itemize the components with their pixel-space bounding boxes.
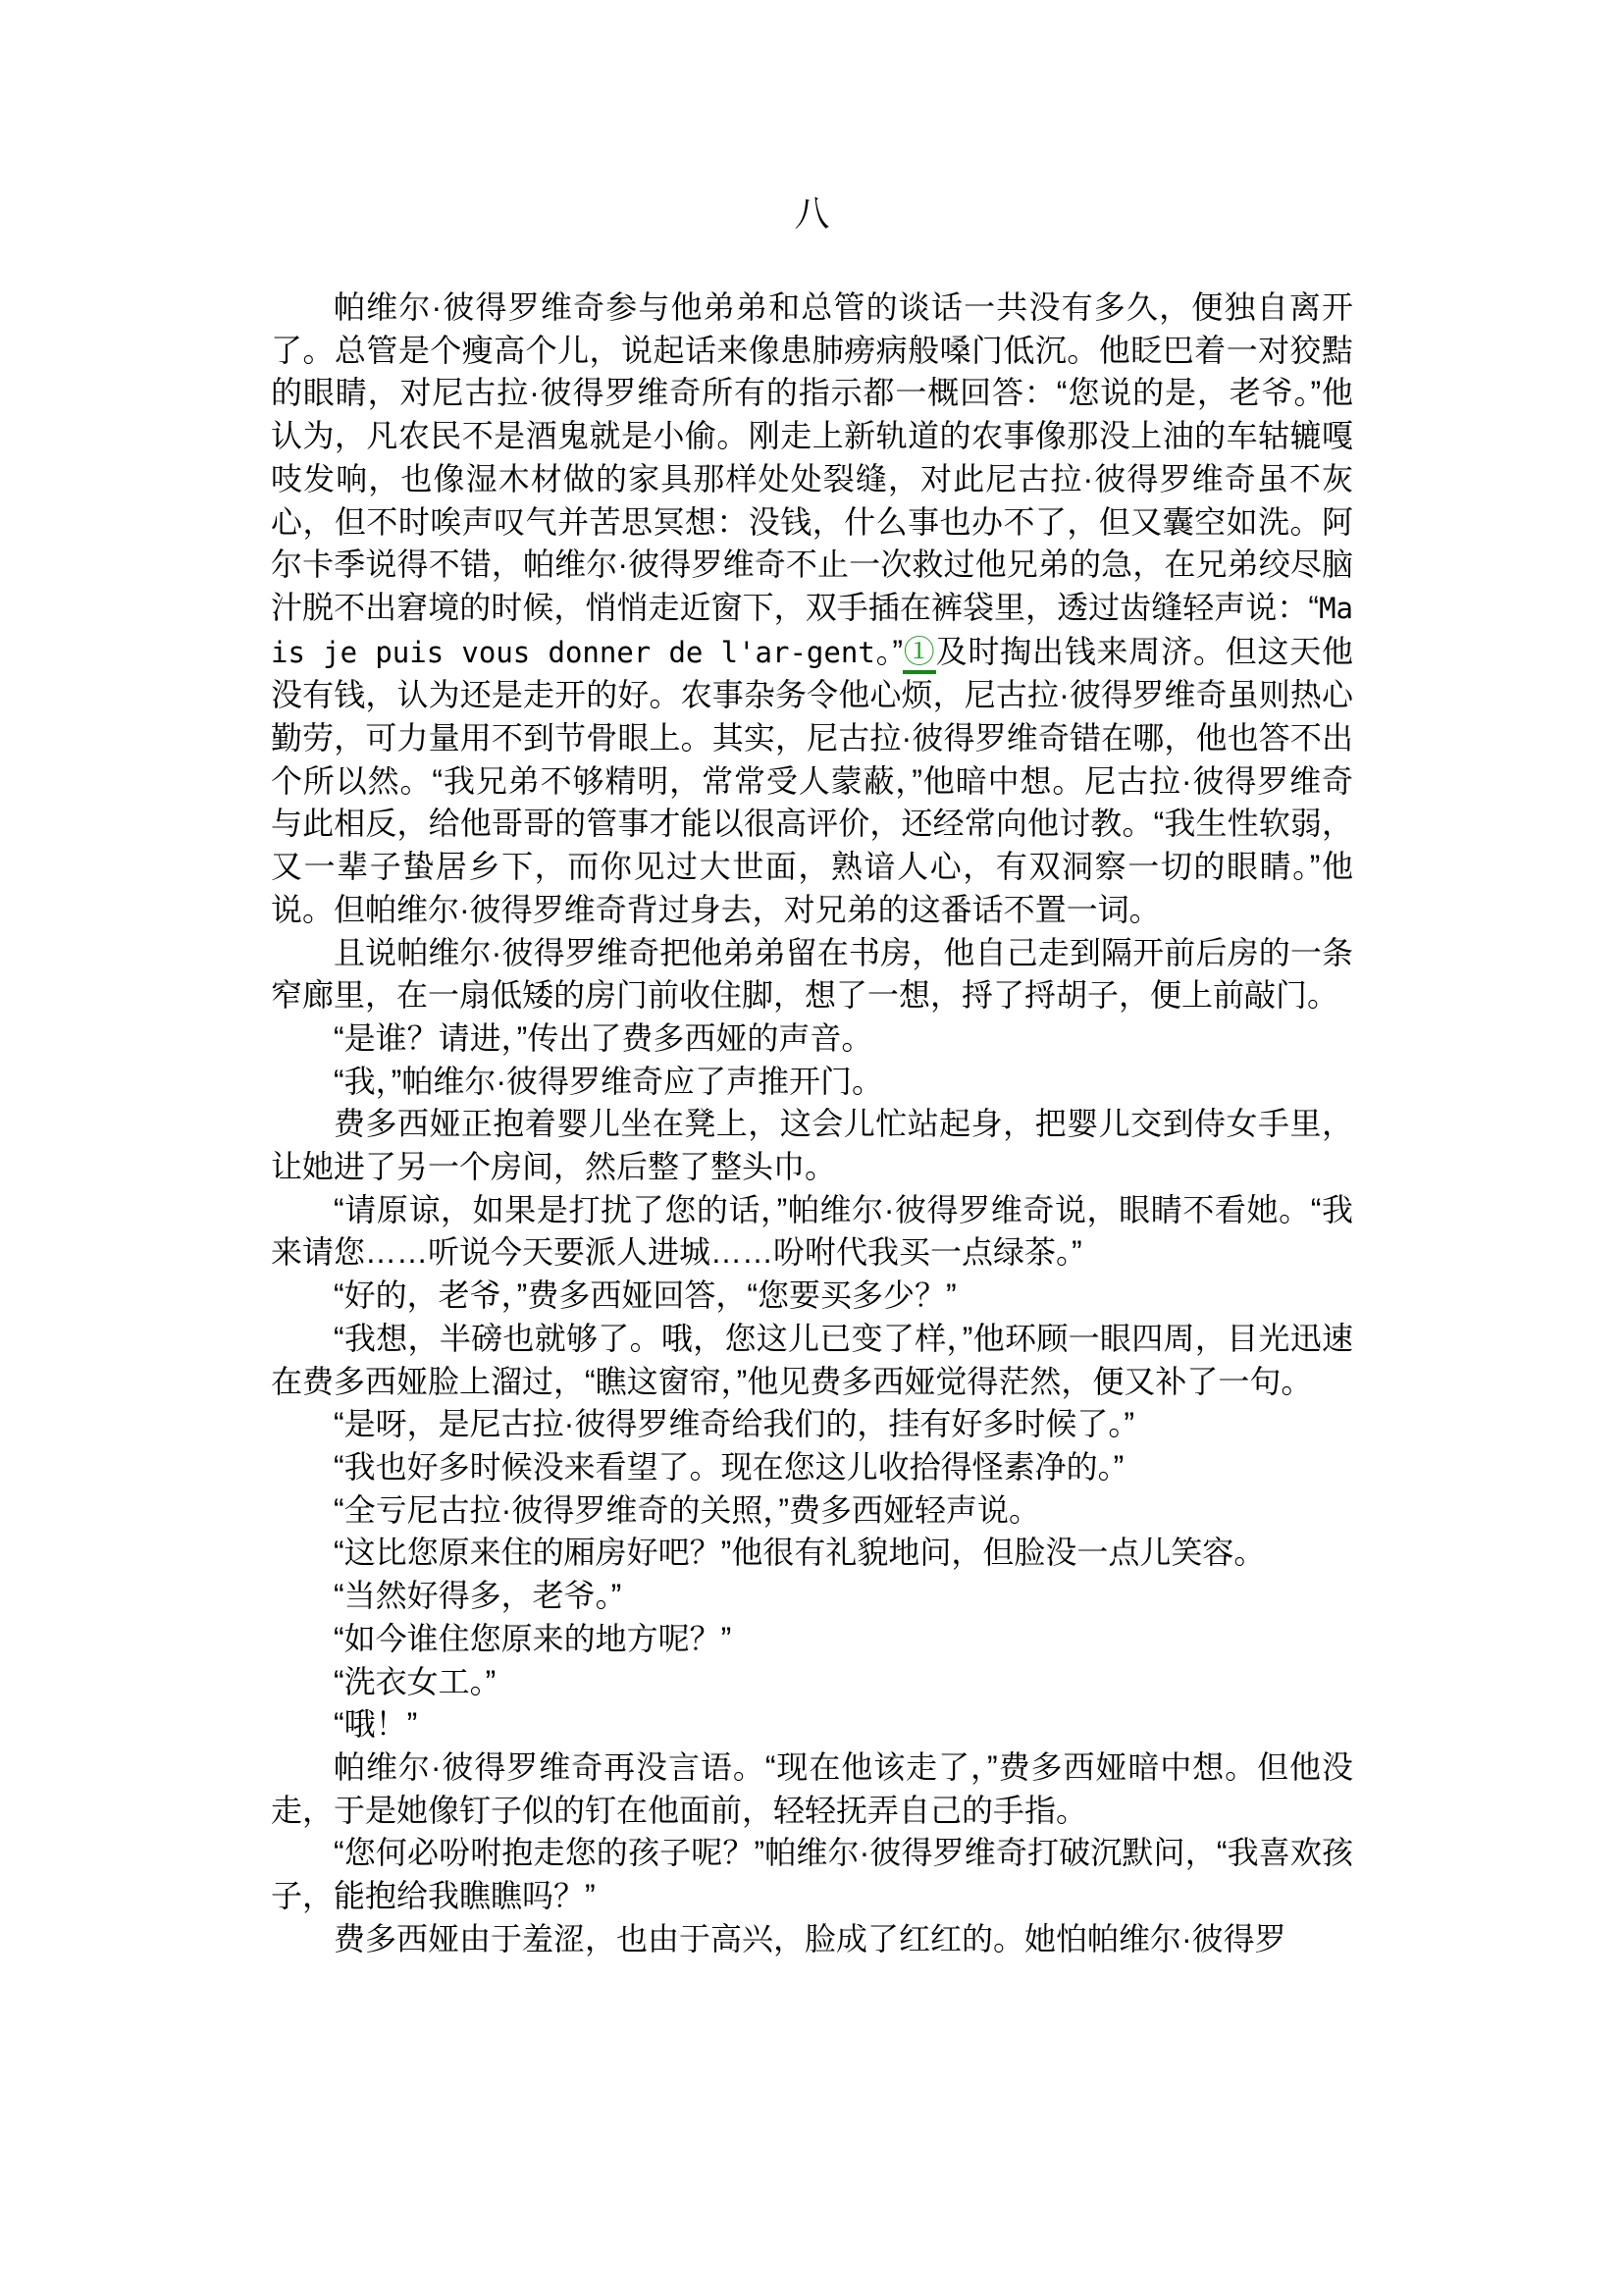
text-run: “是呀，是尼古拉·彼得罗维奇给我们的，挂有好多时候了。”	[334, 1406, 1134, 1441]
paragraph-12: “这比您原来住的厢房好吧？”他很有礼貌地问，但脸没一点儿笑容。	[271, 1532, 1353, 1575]
text-run: “是谁？请进，”传出了费多西娅的声音。	[334, 1020, 872, 1056]
text-run: 且说帕维尔·彼得罗维奇把他弟弟留在书房，他自己走到隔开前后房的一条窄廊里，在一扇…	[271, 935, 1353, 1014]
paragraph-17: 帕维尔·彼得罗维奇再没言语。“现在他该走了，”费多西娅暗中想。但他没走，于是她像…	[271, 1747, 1353, 1832]
paragraph-18: “您何必吩咐抱走您的孩子呢？”帕维尔·彼得罗维奇打破沉默问，“我喜欢孩子，能抱给…	[271, 1832, 1353, 1917]
paragraph-7: “好的，老爷，”费多西娅回答，“您要买多少？”	[271, 1275, 1353, 1318]
paragraph-6: “请原谅，如果是打扰了您的话，”帕维尔·彼得罗维奇说，眼睛不看她。“我来请您………	[271, 1189, 1353, 1275]
text-run: 帕维尔·彼得罗维奇再没言语。“现在他该走了，”费多西娅暗中想。但他没走，于是她像…	[271, 1749, 1353, 1828]
text-run: 及时掏出钱来周济。但这天他没有钱，认为还是走开的好。农事杂务令他心烦，尼古拉·彼…	[271, 634, 1353, 927]
text-run: “好的，老爷，”费多西娅回答，“您要买多少？”	[334, 1277, 957, 1313]
text-run: “如今谁住您原来的地方呢？”	[334, 1621, 731, 1656]
book-page: 八 帕维尔·彼得罗维奇参与他弟弟和总管的谈话一共没有多久，便独自离开了。总管是个…	[0, 0, 1624, 2294]
text-run: “哦！”	[334, 1706, 417, 1742]
text-run: 帕维尔·彼得罗维奇参与他弟弟和总管的谈话一共没有多久，便独自离开了。总管是个瘦高…	[271, 289, 1353, 625]
text-run: “这比您原来住的厢房好吧？”他很有礼貌地问，但脸没一点儿笑容。	[334, 1535, 1265, 1570]
paragraph-9: “是呀，是尼古拉·彼得罗维奇给我们的，挂有好多时候了。”	[271, 1403, 1353, 1446]
paragraph-10: “我也好多时候没来看望了。现在您这儿收拾得怪素净的。”	[271, 1446, 1353, 1489]
paragraph-4: “我，”帕维尔·彼得罗维奇应了声推开门。	[271, 1061, 1353, 1104]
text-run: “当然好得多，老爷。”	[334, 1578, 621, 1613]
text-run: 费多西娅正抱着婴儿坐在凳上，这会儿忙站起身，把婴儿交到侍女手里，让她进了另一个房…	[271, 1106, 1353, 1184]
paragraph-14: “如今谁住您原来的地方呢？”	[271, 1618, 1353, 1661]
paragraph-1: 帕维尔·彼得罗维奇参与他弟弟和总管的谈话一共没有多久，便独自离开了。总管是个瘦高…	[271, 287, 1353, 932]
body-text: 帕维尔·彼得罗维奇参与他弟弟和总管的谈话一共没有多久，便独自离开了。总管是个瘦高…	[271, 287, 1353, 1960]
text-run: 。”	[875, 634, 903, 669]
paragraph-15: “洗衣女工。”	[271, 1661, 1353, 1704]
text-run: “您何必吩咐抱走您的孩子呢？”帕维尔·彼得罗维奇打破沉默问，“我喜欢孩子，能抱给…	[271, 1835, 1353, 1913]
footnote-ref-link[interactable]: ①	[903, 634, 936, 674]
paragraph-5: 费多西娅正抱着婴儿坐在凳上，这会儿忙站起身，把婴儿交到侍女手里，让她进了另一个房…	[271, 1103, 1353, 1188]
chapter-title: 八	[271, 192, 1353, 235]
paragraph-2: 且说帕维尔·彼得罗维奇把他弟弟留在书房，他自己走到隔开前后房的一条窄廊里，在一扇…	[271, 932, 1353, 1017]
text-run: “洗衣女工。”	[334, 1664, 496, 1699]
paragraph-8: “我想，半磅也就够了。哦，您这儿已变了样，”他环顾一眼四周，目光迅速在费多西娅脸…	[271, 1318, 1353, 1403]
paragraph-16: “哦！”	[271, 1703, 1353, 1747]
paragraph-3: “是谁？请进，”传出了费多西娅的声音。	[271, 1017, 1353, 1061]
paragraph-19: 费多西娅由于羞涩，也由于高兴，脸成了红红的。她怕帕维尔·彼得罗	[271, 1918, 1353, 1961]
text-run: 费多西娅由于羞涩，也由于高兴，脸成了红红的。她怕帕维尔·彼得罗	[334, 1921, 1286, 1956]
text-run: “我想，半磅也就够了。哦，您这儿已变了样，”他环顾一眼四周，目光迅速在费多西娅脸…	[271, 1321, 1353, 1399]
text-run: “我，”帕维尔·彼得罗维奇应了声推开门。	[334, 1064, 883, 1099]
paragraph-13: “当然好得多，老爷。”	[271, 1575, 1353, 1618]
text-run: “全亏尼古拉·彼得罗维奇的关照，”费多西娅轻声说。	[334, 1492, 1040, 1528]
paragraph-11: “全亏尼古拉·彼得罗维奇的关照，”费多西娅轻声说。	[271, 1489, 1353, 1533]
text-run: “请原谅，如果是打扰了您的话，”帕维尔·彼得罗维奇说，眼睛不看她。“我来请您………	[271, 1192, 1353, 1271]
text-run: “我也好多时候没来看望了。现在您这儿收拾得怪素净的。”	[334, 1449, 1124, 1485]
